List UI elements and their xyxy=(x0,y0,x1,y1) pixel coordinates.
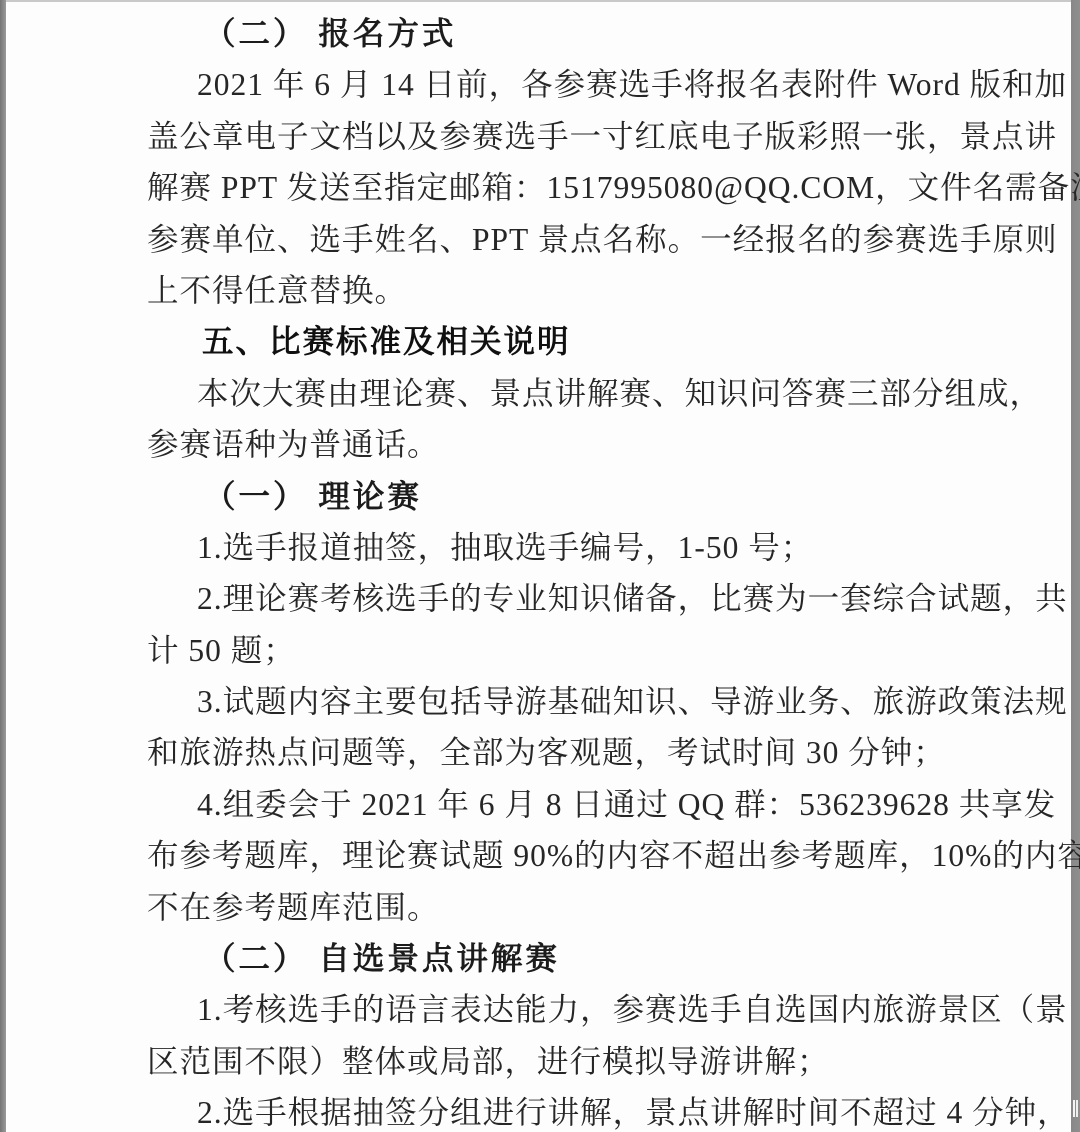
paragraph-line: 上不得任意替换。 xyxy=(147,265,962,316)
heading-line: 五、比赛标准及相关说明 xyxy=(147,316,962,367)
document-content: （二） 报名方式2021 年 6 月 14 日前，各参赛选手将报名表附件 Wor… xyxy=(147,8,962,1132)
heading-line: （二） 报名方式 xyxy=(147,8,962,59)
paragraph: 本次大赛由理论赛、景点讲解赛、知识问答赛三部分组成，参赛语种为普通话。 xyxy=(147,368,962,471)
section-heading: （二） 报名方式 xyxy=(147,8,962,59)
paragraph-line: 参赛单位、选手姓名、PPT 景点名称。一经报名的参赛选手原则 xyxy=(147,214,962,265)
paragraph-line: 布参考题库，理论赛试题 90%的内容不超出参考题库，10%的内容 xyxy=(147,830,962,881)
paragraph: 2021 年 6 月 14 日前，各参赛选手将报名表附件 Word 版和加盖公章… xyxy=(147,59,962,316)
paragraph: 2.理论赛考核选手的专业知识储备，比赛为一套综合试题，共计 50 题； xyxy=(147,573,962,676)
scan-top-border xyxy=(0,0,1080,2)
scan-left-border xyxy=(0,0,6,1132)
paragraph: 3.试题内容主要包括导游基础知识、导游业务、旅游政策法规和旅游热点问题等，全部为… xyxy=(147,676,962,779)
paragraph-line: 计 50 题； xyxy=(147,625,962,676)
paragraph-line: 不在参考题库范围。 xyxy=(147,882,962,933)
paragraph-line: 3.试题内容主要包括导游基础知识、导游业务、旅游政策法规 xyxy=(147,676,962,727)
heading-line: （二） 自选景点讲解赛 xyxy=(147,933,962,984)
section-heading: 五、比赛标准及相关说明 xyxy=(147,316,962,367)
paragraph: 1.考核选手的语言表达能力，参赛选手自选国内旅游景区（景区范围不限）整体或局部，… xyxy=(147,984,962,1087)
document-page: （二） 报名方式2021 年 6 月 14 日前，各参赛选手将报名表附件 Wor… xyxy=(0,0,1080,1132)
section-heading: （一） 理论赛 xyxy=(147,471,962,522)
paragraph-line: 2.理论赛考核选手的专业知识储备，比赛为一套综合试题，共 xyxy=(147,573,962,624)
paragraph-line: 1.考核选手的语言表达能力，参赛选手自选国内旅游景区（景 xyxy=(147,984,962,1035)
paragraph-line: 和旅游热点问题等，全部为客观题，考试时间 30 分钟； xyxy=(147,727,962,778)
paragraph-line: 解赛 PPT 发送至指定邮箱：1517995080@QQ.COM，文件名需备注 xyxy=(147,162,962,213)
section-heading: （二） 自选景点讲解赛 xyxy=(147,933,962,984)
heading-line: （一） 理论赛 xyxy=(147,471,962,522)
paragraph-line: 2021 年 6 月 14 日前，各参赛选手将报名表附件 Word 版和加 xyxy=(147,59,962,110)
paragraph-line: 参赛语种为普通话。 xyxy=(147,419,962,470)
paragraph-line: 盖公章电子文档以及参赛选手一寸红底电子版彩照一张，景点讲 xyxy=(147,111,962,162)
paragraph: 4.组委会于 2021 年 6 月 8 日通过 QQ 群：536239628 共… xyxy=(147,779,962,933)
scan-artifact-mark xyxy=(1072,1100,1079,1117)
paragraph: 2.选手根据抽签分组进行讲解，景点讲解时间不超过 4 分钟， xyxy=(147,1087,962,1132)
paragraph-line: 1.选手报道抽签，抽取选手编号，1-50 号； xyxy=(147,522,962,573)
paragraph: 1.选手报道抽签，抽取选手编号，1-50 号； xyxy=(147,522,962,573)
paragraph-line: 本次大赛由理论赛、景点讲解赛、知识问答赛三部分组成， xyxy=(147,368,962,419)
paragraph-line: 4.组委会于 2021 年 6 月 8 日通过 QQ 群：536239628 共… xyxy=(147,779,962,830)
paragraph-line: 区范围不限）整体或局部，进行模拟导游讲解； xyxy=(147,1036,962,1087)
paragraph-line: 2.选手根据抽签分组进行讲解，景点讲解时间不超过 4 分钟， xyxy=(147,1087,962,1132)
